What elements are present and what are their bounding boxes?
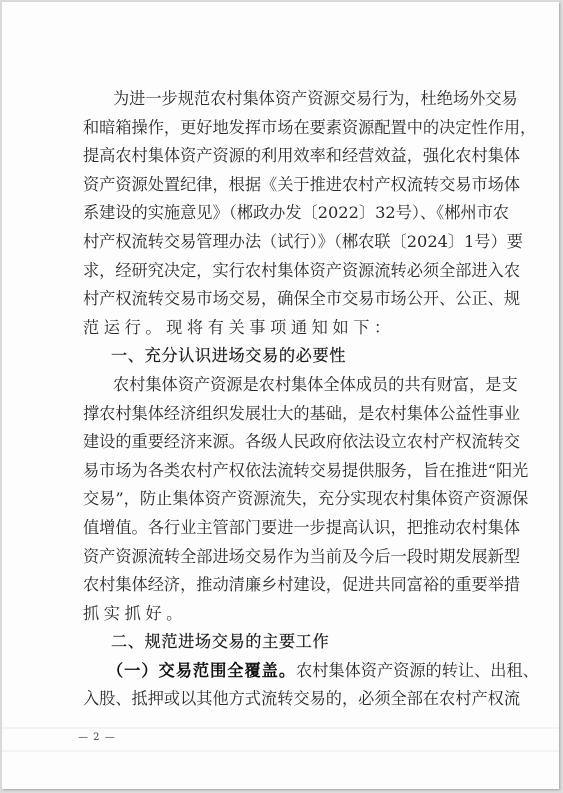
paragraph-line: 抓实抓好。 bbox=[83, 600, 489, 629]
paper-crease bbox=[2, 727, 559, 729]
section-heading-2: 二、规范进场交易的主要工作 bbox=[83, 628, 489, 657]
paragraph-line: 为进一步规范农村集体资产资源交易行为，杜绝场外交易 bbox=[83, 85, 489, 114]
paragraph-line: 撑农村集体经济组织发展壮大的基础，是农村集体公益性事业 bbox=[83, 400, 489, 429]
paragraph-line: 资产资源处置纪律，根据《关于推进农村产权流转交易市场体 bbox=[83, 171, 489, 200]
document-body: 为进一步规范农村集体资产资源交易行为，杜绝场外交易 和暗箱操作，更好地发挥市场在… bbox=[83, 85, 489, 714]
document-page: 为进一步规范农村集体资产资源交易行为，杜绝场外交易 和暗箱操作，更好地发挥市场在… bbox=[2, 2, 559, 789]
paragraph-line: 交易”，防止集体资产资源流失，充分实现农村集体资产资源保 bbox=[83, 485, 489, 514]
paragraph-line: 入股、抵押或以其他方式流转交易的，必须全部在农村产权流 bbox=[83, 685, 489, 714]
subsection-line: （一）交易范围全覆盖。农村集体资产资源的转让、出租、 bbox=[83, 657, 489, 686]
paragraph-line: 和暗箱操作，更好地发挥市场在要素资源配置中的决定性作用， bbox=[83, 114, 489, 143]
section-1: 一、充分认识进场交易的必要性 农村集体资产资源是农村集体全体成员的共有财富，是支… bbox=[83, 342, 489, 628]
paragraph-line: 农村集体经济，推动清廉乡村建设，促进共同富裕的重要举措 bbox=[83, 571, 489, 600]
section-heading-text: 二、规范进场交易的主要工作 bbox=[111, 632, 329, 651]
paragraph-line: 系建设的实施意见》（郴政办发〔2022〕32号）、《郴州市农 bbox=[83, 199, 489, 228]
paragraph-line: 易市场为各类农村产权依法流转交易提供服务，旨在推进“阳光 bbox=[83, 457, 489, 486]
paragraph-line: 农村集体资产资源是农村集体全体成员的共有财富，是支 bbox=[83, 371, 489, 400]
intro-paragraph: 为进一步规范农村集体资产资源交易行为，杜绝场外交易 和暗箱操作，更好地发挥市场在… bbox=[83, 85, 489, 342]
paragraph-line: 资产资源流转全部进场交易作为当前及今后一段时期发展新型 bbox=[83, 543, 489, 572]
paragraph-line: 提高农村集体资产资源的利用效率和经营效益，强化农村集体 bbox=[83, 142, 489, 171]
section-2: 二、规范进场交易的主要工作 （一）交易范围全覆盖。农村集体资产资源的转让、出租、… bbox=[83, 628, 489, 714]
subsection-text: 农村集体资产资源的转让、出租、 bbox=[296, 661, 539, 680]
paragraph-line: 值增值。各行业主管部门要进一步提高认识，把推动农村集体 bbox=[83, 514, 489, 543]
section-heading-text: 一、充分认识进场交易的必要性 bbox=[111, 346, 346, 365]
page-number: — 2 — bbox=[78, 732, 116, 743]
paragraph-line: 求，经研究决定，实行农村集体资产资源流转必须全部进入农 bbox=[83, 257, 489, 286]
paper-crease bbox=[2, 750, 559, 752]
section-heading-1: 一、充分认识进场交易的必要性 bbox=[83, 342, 489, 371]
paragraph-line: 建设的重要经济来源。各级人民政府依法设立农村产权流转交 bbox=[83, 428, 489, 457]
paragraph-line: 村产权流转交易市场交易，确保全市交易市场公开、公正、规 bbox=[83, 285, 489, 314]
paragraph-line: 村产权流转交易管理办法（试行）》（郴农联〔2024〕1号）要 bbox=[83, 228, 489, 257]
subsection-title: （一）交易范围全覆盖。 bbox=[107, 661, 296, 680]
paragraph-line: 范运行。现将有关事项通知如下： bbox=[83, 314, 489, 343]
